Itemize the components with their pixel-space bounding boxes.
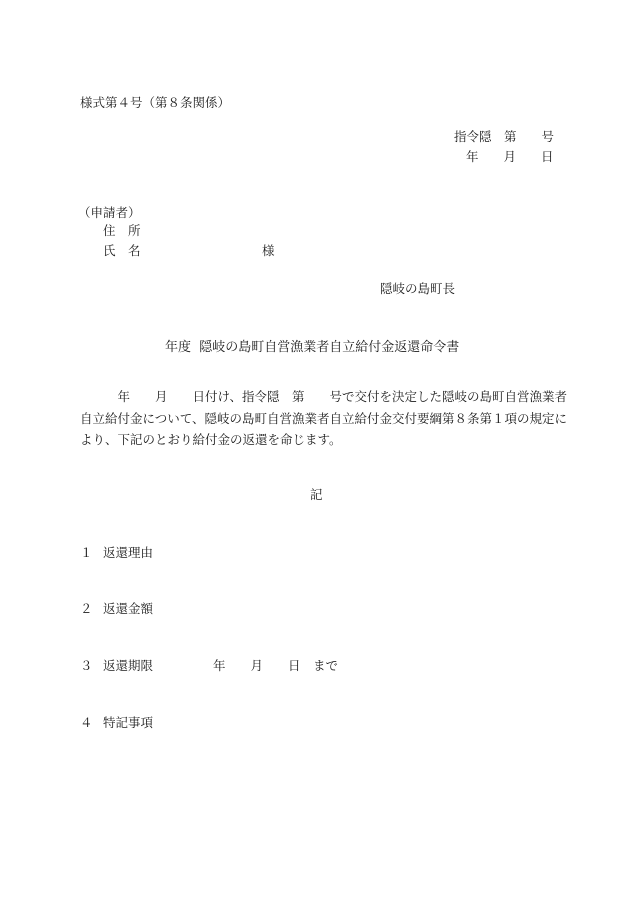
item-value: 年 月 日 まで <box>213 660 338 673</box>
name-label: 氏 名 <box>103 245 141 258</box>
item-label: 返還理由 <box>103 547 153 560</box>
item-number: ４ <box>80 717 93 730</box>
item-number: １ <box>80 547 93 560</box>
body-line-3: より、下記のとおり給付金の返還を命じます。 <box>80 434 342 447</box>
reference-date: 年 月 日 <box>466 151 554 164</box>
issuer-name: 隠岐の島町長 <box>380 283 455 296</box>
item-label: 返還期限 <box>103 660 153 673</box>
address-label: 住 所 <box>103 225 141 238</box>
applicant-heading: （申請者） <box>78 207 141 220</box>
ki-heading: 記 <box>310 489 323 502</box>
document-title: 年度 隠岐の島町自営漁業者自立給付金返還命令書 <box>165 341 459 354</box>
item-label: 特記事項 <box>103 717 153 730</box>
honorific-sama: 様 <box>262 245 275 258</box>
form-label: 様式第４号（第８条関係） <box>80 97 230 110</box>
reference-number: 指令隠 第 号 <box>454 131 554 144</box>
item-number: ２ <box>80 603 93 616</box>
body-line-2: 自立給付金について、隠岐の島町自営漁業者自立給付金交付要綱第８条第１項の規定に <box>80 413 567 426</box>
item-label: 返還金額 <box>103 603 153 616</box>
body-line-1: 年 月 日付け、指令隠 第 号で交付を決定した隠岐の島町自営漁業者 <box>80 391 567 404</box>
item-number: ３ <box>80 660 93 673</box>
